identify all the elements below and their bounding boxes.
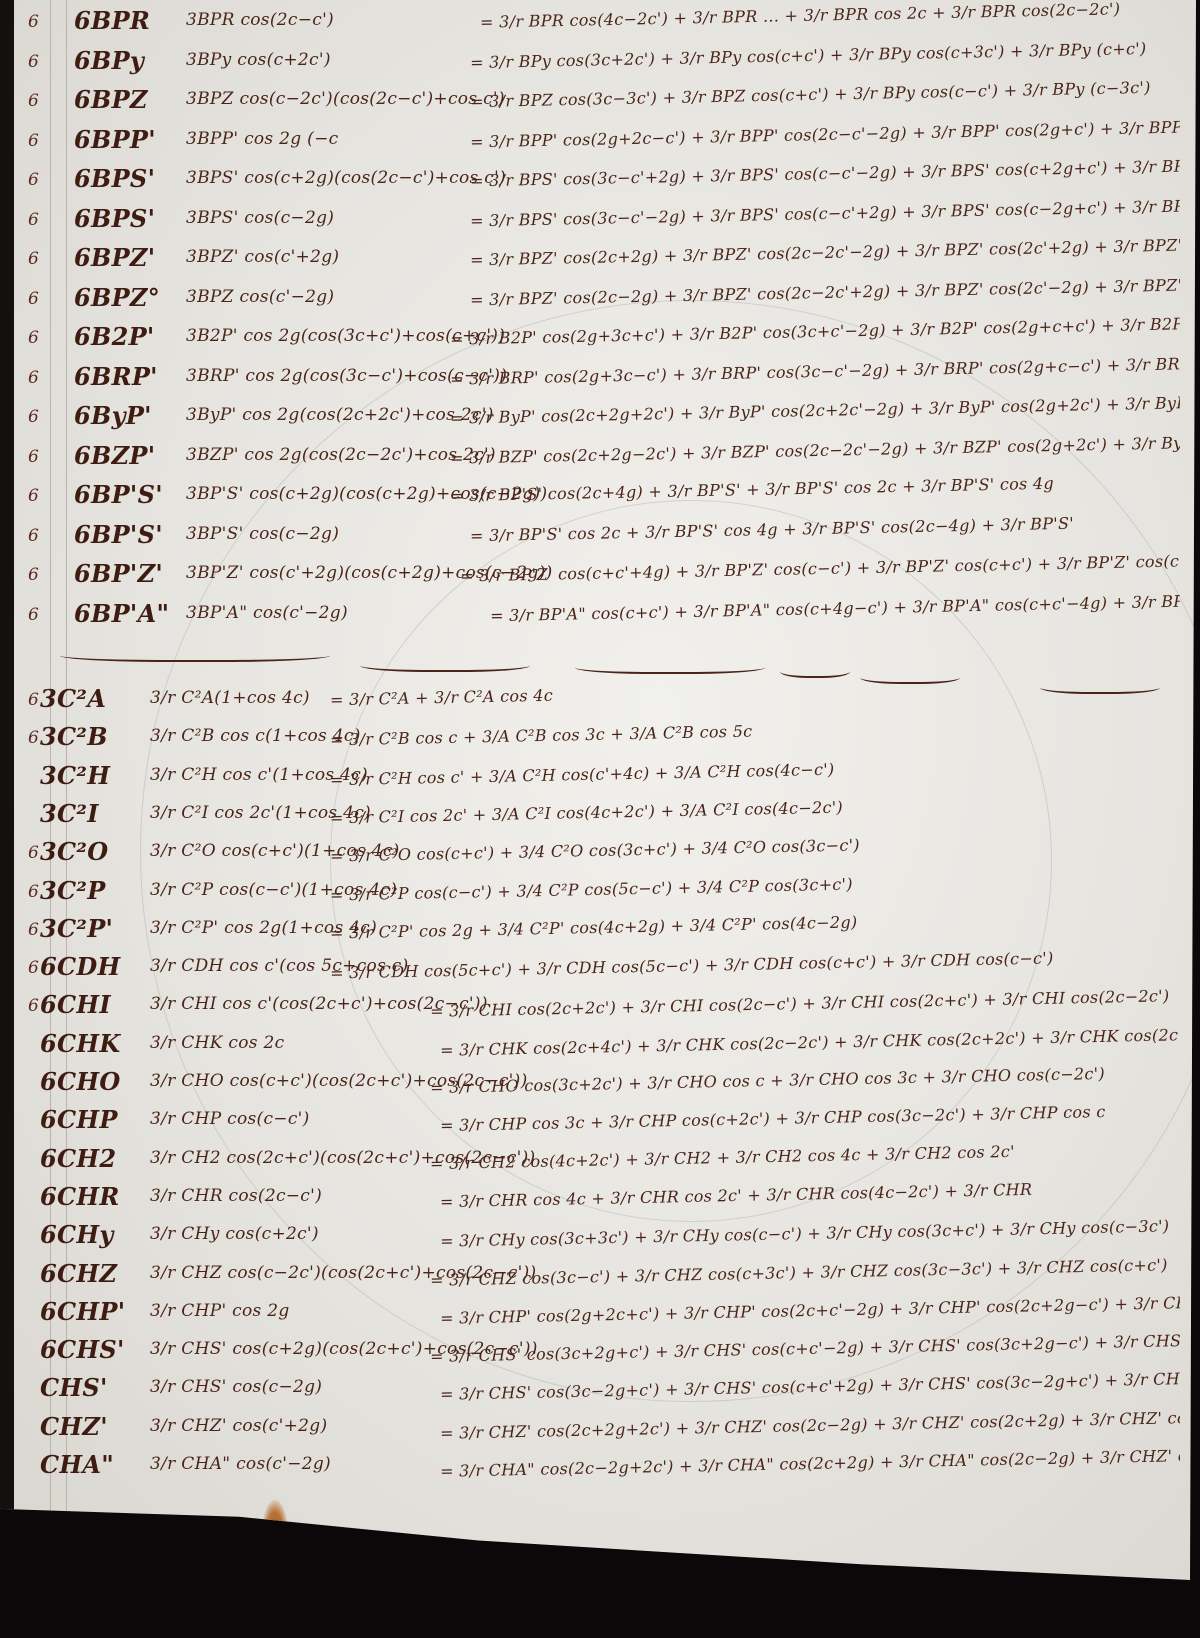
term-expression: 3BPS' cos(c+2g)(cos(2c−c')+cos c') [186,168,506,188]
term-expression: 3BP'S' cos(c−2g) [186,524,339,544]
divider-brace-5 [860,668,960,684]
term-label: 6CDH [40,952,121,981]
divider-brace-6 [1040,678,1160,694]
margin-mark: 6 [28,170,39,190]
margin-mark: 6 [28,526,39,546]
term-label: 6CH2 [40,1144,116,1173]
term-expression: 3BPR cos(2c−c') [186,10,334,30]
margin-mark: 6 [28,920,39,940]
term-label: 6BP'S' [74,520,163,549]
term-label: 6ByP' [74,401,152,430]
margin-mark: 6 [28,210,39,230]
margin-mark: 6 [28,728,39,748]
term-expansion: = 3/r BPS' cos(3c−c'−2g) + 3/r BPS' cos(… [470,196,1180,230]
term-expansion: = 3/r BPR cos(4c−2c') + 3/r BPR ... + 3/… [480,0,1121,32]
term-label: 6BP'A" [74,599,169,628]
margin-mark: 6 [28,289,39,309]
term-label: CHS' [40,1373,108,1402]
margin-mark: 6 [28,368,39,388]
manuscript-page: 6 6BPR 3BPR cos(2c−c') = 3/r BPR cos(4c−… [0,0,1196,1580]
term-label: 3C²P' [40,914,113,943]
term-expansion: = 3/r BPZ' cos(2c−2g) + 3/r BPZ' cos(2c−… [470,275,1180,309]
term-label: 6BP'S' [74,480,163,509]
term-expression: 3BPP' cos 2g (−c [186,129,338,149]
term-label: 6BPS' [74,164,155,193]
divider-brace-3 [575,658,765,674]
margin-mark: 6 [28,131,39,151]
term-expression: 3BPZ cos(c−2c')(cos(2c−c')+cos c') [186,89,505,109]
margin-mark: 6 [28,605,39,625]
term-expression: 3/r CHS' cos(c−2g) [150,1377,322,1397]
term-expression: 3/r CHR cos(2c−c') [150,1186,322,1206]
term-expression: 3/r C²A(1+cos 4c) [150,688,310,708]
term-expression: 3BPy cos(c+2c') [186,50,331,70]
margin-mark: 6 [28,958,39,978]
margin-mark: 6 [28,565,39,585]
term-expression: 3/r CHA" cos(c'−2g) [150,1454,331,1474]
term-label: 3C²H [40,761,110,790]
margin-mark: 6 [28,249,39,269]
term-label: 3C²O [40,837,108,866]
margin-mark: 6 [28,690,39,710]
term-label: CHA" [40,1450,114,1479]
term-expression: 3/r CHK cos 2c [150,1033,284,1053]
term-label: 6CHI [40,990,111,1019]
term-expression: 3BPZ cos(c'−2g) [186,287,334,307]
term-label: 6BP'Z' [74,559,163,588]
term-label: 6BPZ [74,85,148,114]
term-expansion: = 3/r CHA" cos(2c−2g+2c') + 3/r CHA" cos… [440,1446,1180,1480]
margin-mark: 6 [28,486,39,506]
term-label: 6BPy [74,46,144,75]
margin-mark: 6 [28,91,39,111]
term-expression: 3BP'A" cos(c'−2g) [186,603,348,623]
term-expansion: = 3/r CHZ' cos(2c+2g+2c') + 3/r CHZ' cos… [440,1408,1180,1442]
term-expression: 3ByP' cos 2g(cos(2c+2c')+cos 2c') [186,405,494,425]
term-label: 6CHK [40,1029,121,1058]
term-label: 6CHy [40,1220,114,1249]
term-label: 6BPZ° [74,283,160,312]
term-expression: 3BPZ' cos(c'+2g) [186,247,339,267]
term-expansion: = 3/r BPP' cos(2g+2c−c') + 3/r BPP' cos(… [470,117,1180,151]
term-expression: 3/r CHZ' cos(c'+2g) [150,1416,327,1436]
term-expansion: = 3/r BPy cos(3c+2c') + 3/r BPy cos(c+c'… [470,38,1147,71]
term-label: 6BPP' [74,125,156,154]
term-label: 6BZP' [74,441,155,470]
term-expression: 3/r CHP cos(c−c') [150,1109,310,1129]
term-label: 6BPZ' [74,243,155,272]
margin-mark: 6 [28,447,39,467]
margin-mark: 6 [28,882,39,902]
term-label: 6CHZ [40,1259,117,1288]
term-label: 6CHS' [40,1335,125,1364]
term-expression: 3/r CHP' cos 2g [150,1301,290,1321]
term-label: 3C²I [40,799,99,828]
margin-mark: 6 [28,52,39,72]
margin-mark: 6 [28,407,39,427]
term-label: 6BPS' [74,204,155,233]
term-label: 3C²A [40,684,106,713]
term-expression: 3/r CHy cos(c+2c') [150,1224,319,1244]
term-expansion: = 3/r BPZ cos(3c−3c') + 3/r BPZ cos(c+c'… [470,78,1151,111]
term-label: 3C²B [40,722,108,751]
margin-mark: 6 [28,328,39,348]
term-label: 6CHR [40,1182,120,1211]
term-label: 6CHP [40,1105,118,1134]
divider-brace-1 [60,646,330,662]
margin-mark: 6 [28,843,39,863]
divider-brace-2 [360,656,530,672]
term-label: 6CHO [40,1067,121,1096]
term-expansion: = 3/r BPZ' cos(2c+2g) + 3/r BPZ' cos(2c−… [470,236,1180,270]
term-expansion: = 3/r BPS' cos(3c−c'+2g) + 3/r BPS' cos(… [470,157,1180,191]
margin-mark: 6 [28,996,39,1016]
term-label: 6B2P' [74,322,155,351]
ink-stain [262,1500,288,1566]
term-label: 6BPR [74,6,150,35]
term-label: 3C²P [40,876,106,905]
divider-brace-4 [780,662,850,678]
term-expression: 3BPS' cos(c−2g) [186,208,334,228]
margin-mark: 6 [28,12,39,32]
page-edge-shadow [0,0,14,1580]
term-label: CHZ' [40,1412,108,1441]
term-label: 6BRP' [74,362,158,391]
term-label: 6CHP' [40,1297,125,1326]
